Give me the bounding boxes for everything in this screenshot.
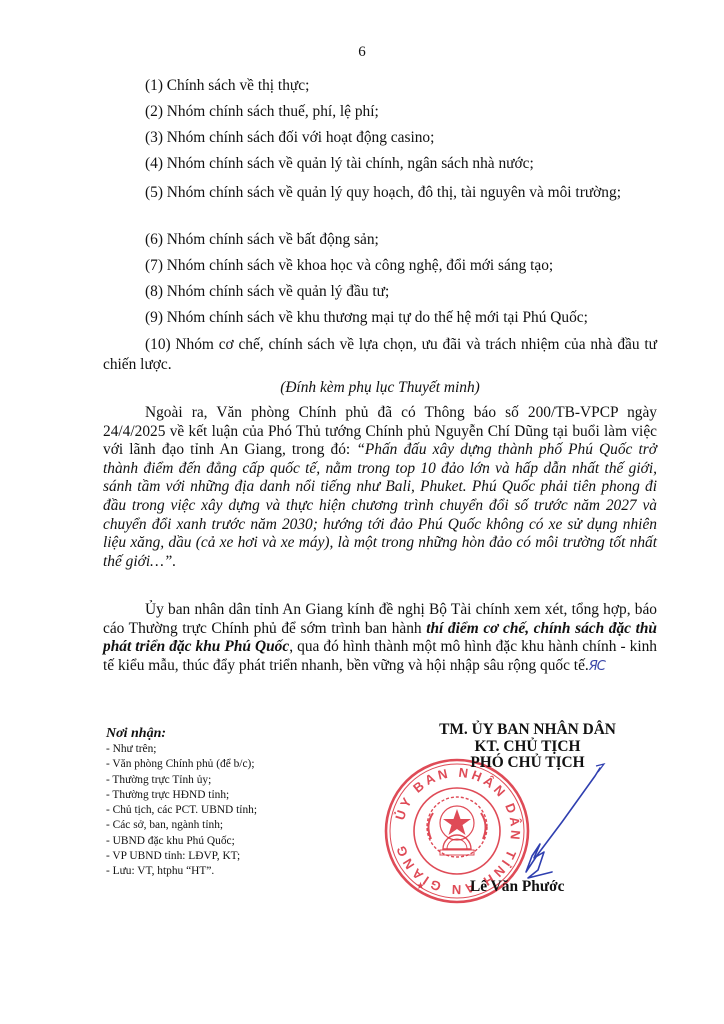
policy-item: (6) Nhóm chính sách về bất động sản; xyxy=(103,231,657,249)
signature-title-1: TM. ỦY BAN NHÂN DÂN xyxy=(400,722,655,739)
policy-item: (2) Nhóm chính sách thuế, phí, lệ phí; xyxy=(103,103,657,121)
recipient-item: - Chủ tịch, các PCT. UBND tỉnh; xyxy=(106,803,257,818)
handwritten-signature xyxy=(500,760,610,890)
recipient-item: - Văn phòng Chính phủ (để b/c); xyxy=(106,757,257,772)
handwritten-initials: ЯC xyxy=(589,659,605,674)
signer-name: Lê Văn Phước xyxy=(470,878,564,896)
recipient-item: - UBND đặc khu Phú Quốc; xyxy=(106,834,257,849)
policy-item: (8) Nhóm chính sách về quản lý đầu tư; xyxy=(103,283,657,301)
recipient-item: - VP UBND tỉnh: LĐVP, KT; xyxy=(106,849,257,864)
attachment-note: (Đính kèm phụ lục Thuyết minh) xyxy=(103,379,657,397)
policy-item: (9) Nhóm chính sách về khu thương mại tự… xyxy=(103,309,657,327)
recipient-item: - Lưu: VT, htphu “HT”. xyxy=(106,864,257,879)
recipient-item: - Thường trực HĐND tỉnh; xyxy=(106,788,257,803)
policy-item: (7) Nhóm chính sách về khoa học và công … xyxy=(103,257,657,275)
notice-quote: “Phấn đấu xây dựng thành phố Phú Quốc tr… xyxy=(103,441,657,570)
recipient-item: - Các sở, ban, ngành tỉnh; xyxy=(106,818,257,833)
policy-item: (1) Chính sách về thị thực; xyxy=(103,77,657,95)
recipients-list: Nơi nhận: - Như trên; - Văn phòng Chính … xyxy=(106,725,257,880)
policy-item: (3) Nhóm chính sách đối với hoạt động ca… xyxy=(103,129,657,147)
paragraph-government-notice: Ngoài ra, Văn phòng Chính phủ đã có Thôn… xyxy=(103,404,657,571)
policy-item: (10) Nhóm cơ chế, chính sách về lựa chọn… xyxy=(103,335,657,375)
policy-item: (5) Nhóm chính sách về quản lý quy hoạch… xyxy=(103,181,657,204)
stamp-star-icon: ★ xyxy=(416,881,425,892)
national-emblem-icon xyxy=(427,797,487,857)
recipient-item: - Như trên; xyxy=(106,742,257,757)
page-number: 6 xyxy=(0,44,724,61)
policy-item: (4) Nhóm chính sách về quản lý tài chính… xyxy=(103,155,657,173)
paragraph-proposal: Ủy ban nhân dân tỉnh An Giang kính đề ng… xyxy=(103,601,657,676)
signature-title-2: KT. CHỦ TỊCH xyxy=(400,739,655,756)
recipient-item: - Thường trực Tỉnh ủy; xyxy=(106,773,257,788)
recipients-title: Nơi nhận: xyxy=(106,725,257,742)
